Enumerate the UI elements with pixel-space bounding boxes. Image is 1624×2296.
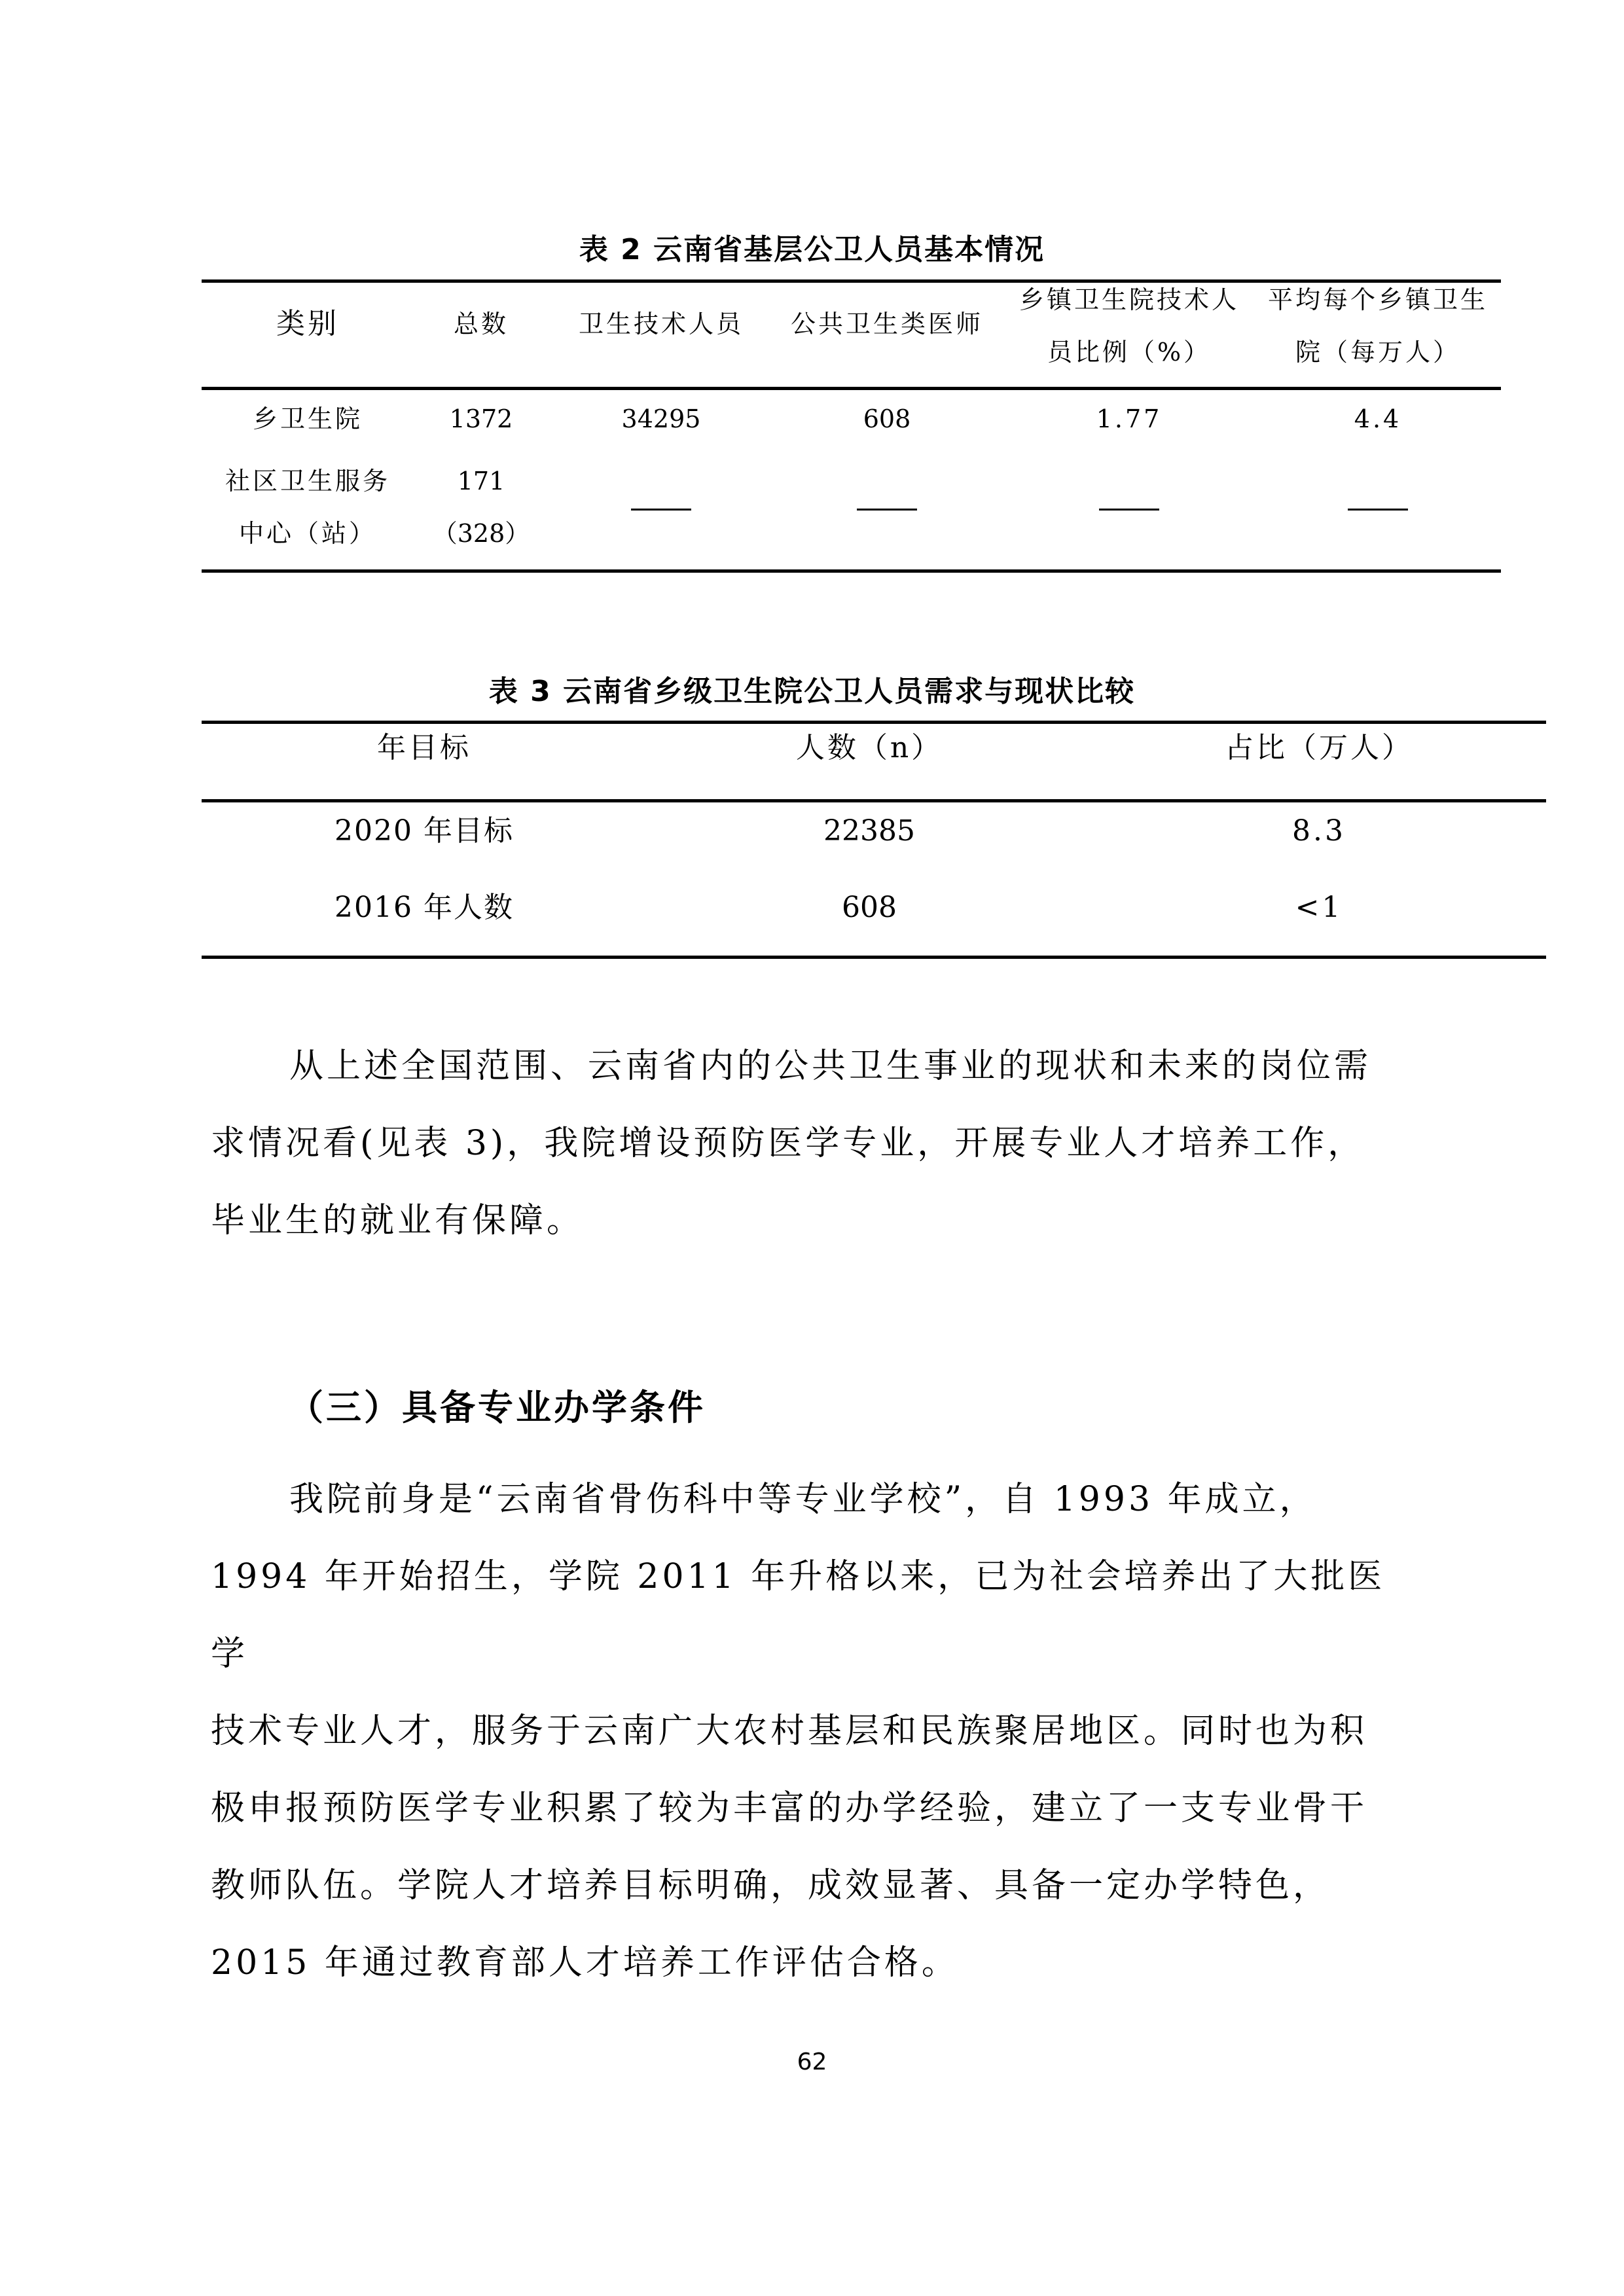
table2-header-avg-per-township: 平均每个乡镇卫生 院（每万人） bbox=[1260, 274, 1496, 378]
table2-cell-public-health-physicians bbox=[766, 481, 1008, 533]
table2-header-public-health-physicians: 公共卫生类医师 bbox=[766, 298, 1008, 350]
page-number: 62 bbox=[0, 2049, 1624, 2075]
table2-caption: 表 2 云南省基层公卫人员基本情况 bbox=[0, 226, 1624, 268]
table2-cell-avg-per-township: 4.4 bbox=[1260, 393, 1496, 445]
table3-header-ratio: 占比（万人） bbox=[1092, 722, 1546, 774]
table2-cell-total: 171 （328） bbox=[406, 455, 556, 560]
table2-cell-total: 1372 bbox=[406, 393, 556, 445]
table2-header-total: 总数 bbox=[419, 298, 543, 350]
table3-caption: 表 3 云南省乡级卫生院公卫人员需求与现状比较 bbox=[0, 668, 1624, 709]
table3-header-count: 人数（n） bbox=[647, 722, 1092, 774]
dash-placeholder bbox=[631, 509, 691, 511]
table2-header-tech-staff-ratio: 乡镇卫生院技术人 员比例（%） bbox=[1011, 274, 1247, 378]
table3-cell-count: 608 bbox=[647, 882, 1092, 934]
table3-cell-target-year: 2020 年目标 bbox=[202, 805, 647, 857]
dash-placeholder bbox=[1099, 509, 1159, 511]
table2-cell-tech-staff-ratio: 1.77 bbox=[1011, 393, 1247, 445]
table3-cell-count: 22385 bbox=[647, 805, 1092, 857]
table2-cell-category: 社区卫生服务 中心（站） bbox=[216, 455, 399, 560]
table3-header-rule bbox=[202, 799, 1546, 802]
table2-cell-category: 乡卫生院 bbox=[216, 393, 399, 445]
table2-cell-health-tech-staff bbox=[556, 481, 766, 533]
table2-header-health-tech-staff: 卫生技术人员 bbox=[556, 298, 766, 350]
table2-cell-health-tech-staff: 34295 bbox=[556, 393, 766, 445]
table2-header-category: 类别 bbox=[216, 298, 399, 350]
table2-header-rule bbox=[202, 387, 1501, 390]
paragraph-conclusion: 从上述全国范围、云南省内的公共卫生事业的现状和未来的岗位需 求情况看(见表 3)… bbox=[211, 1028, 1402, 1259]
table3-bottom-rule bbox=[202, 956, 1546, 959]
dash-placeholder bbox=[1348, 509, 1408, 511]
dash-placeholder bbox=[857, 509, 917, 511]
paragraph-school-history: 我院前身是“云南省骨伤科中等专业学校”，自 1993 年成立， 1994 年开始… bbox=[211, 1461, 1402, 2001]
table3-cell-target-year: 2016 年人数 bbox=[202, 882, 647, 934]
table3-header-target-year: 年目标 bbox=[202, 722, 647, 774]
section-heading: （三）具备专业办学条件 bbox=[288, 1380, 706, 1430]
table2-cell-tech-staff-ratio bbox=[1011, 481, 1247, 533]
table2-bottom-rule bbox=[202, 569, 1501, 573]
table2-cell-public-health-physicians: 608 bbox=[766, 393, 1008, 445]
table3-cell-ratio: 8.3 bbox=[1092, 805, 1546, 857]
table3-cell-ratio: <1 bbox=[1092, 882, 1546, 934]
table2-cell-avg-per-township bbox=[1260, 481, 1496, 533]
